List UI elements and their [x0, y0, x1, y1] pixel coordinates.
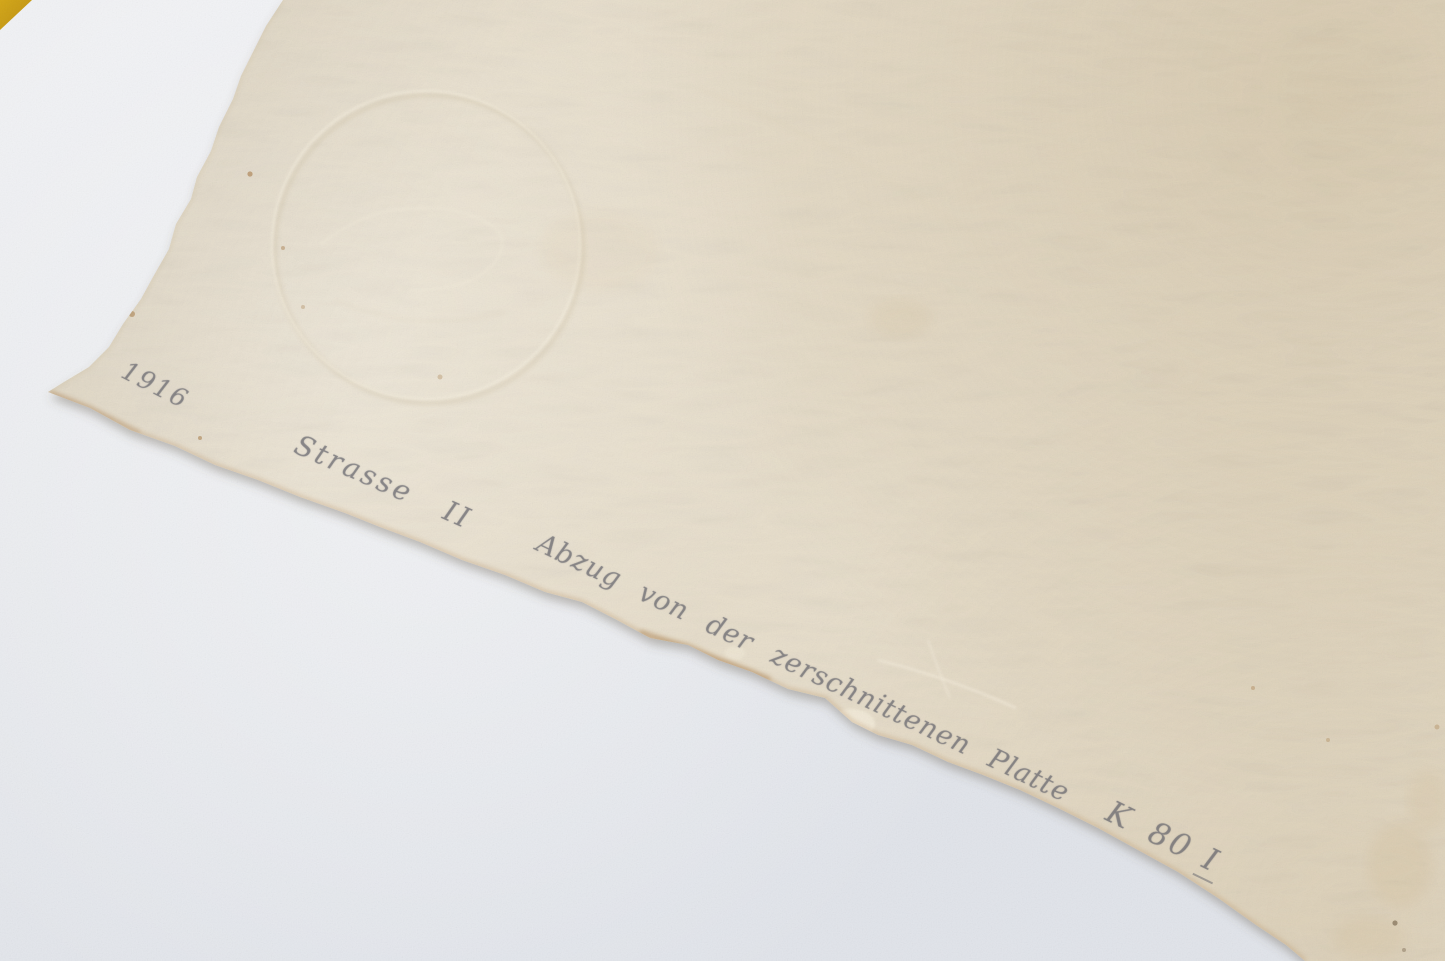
photo-render — [0, 0, 1445, 961]
photo-grain — [0, 0, 1445, 961]
photograph-of-print-sheet: 1916 Strasse II Abzug von der zerschnitt… — [0, 0, 1445, 961]
